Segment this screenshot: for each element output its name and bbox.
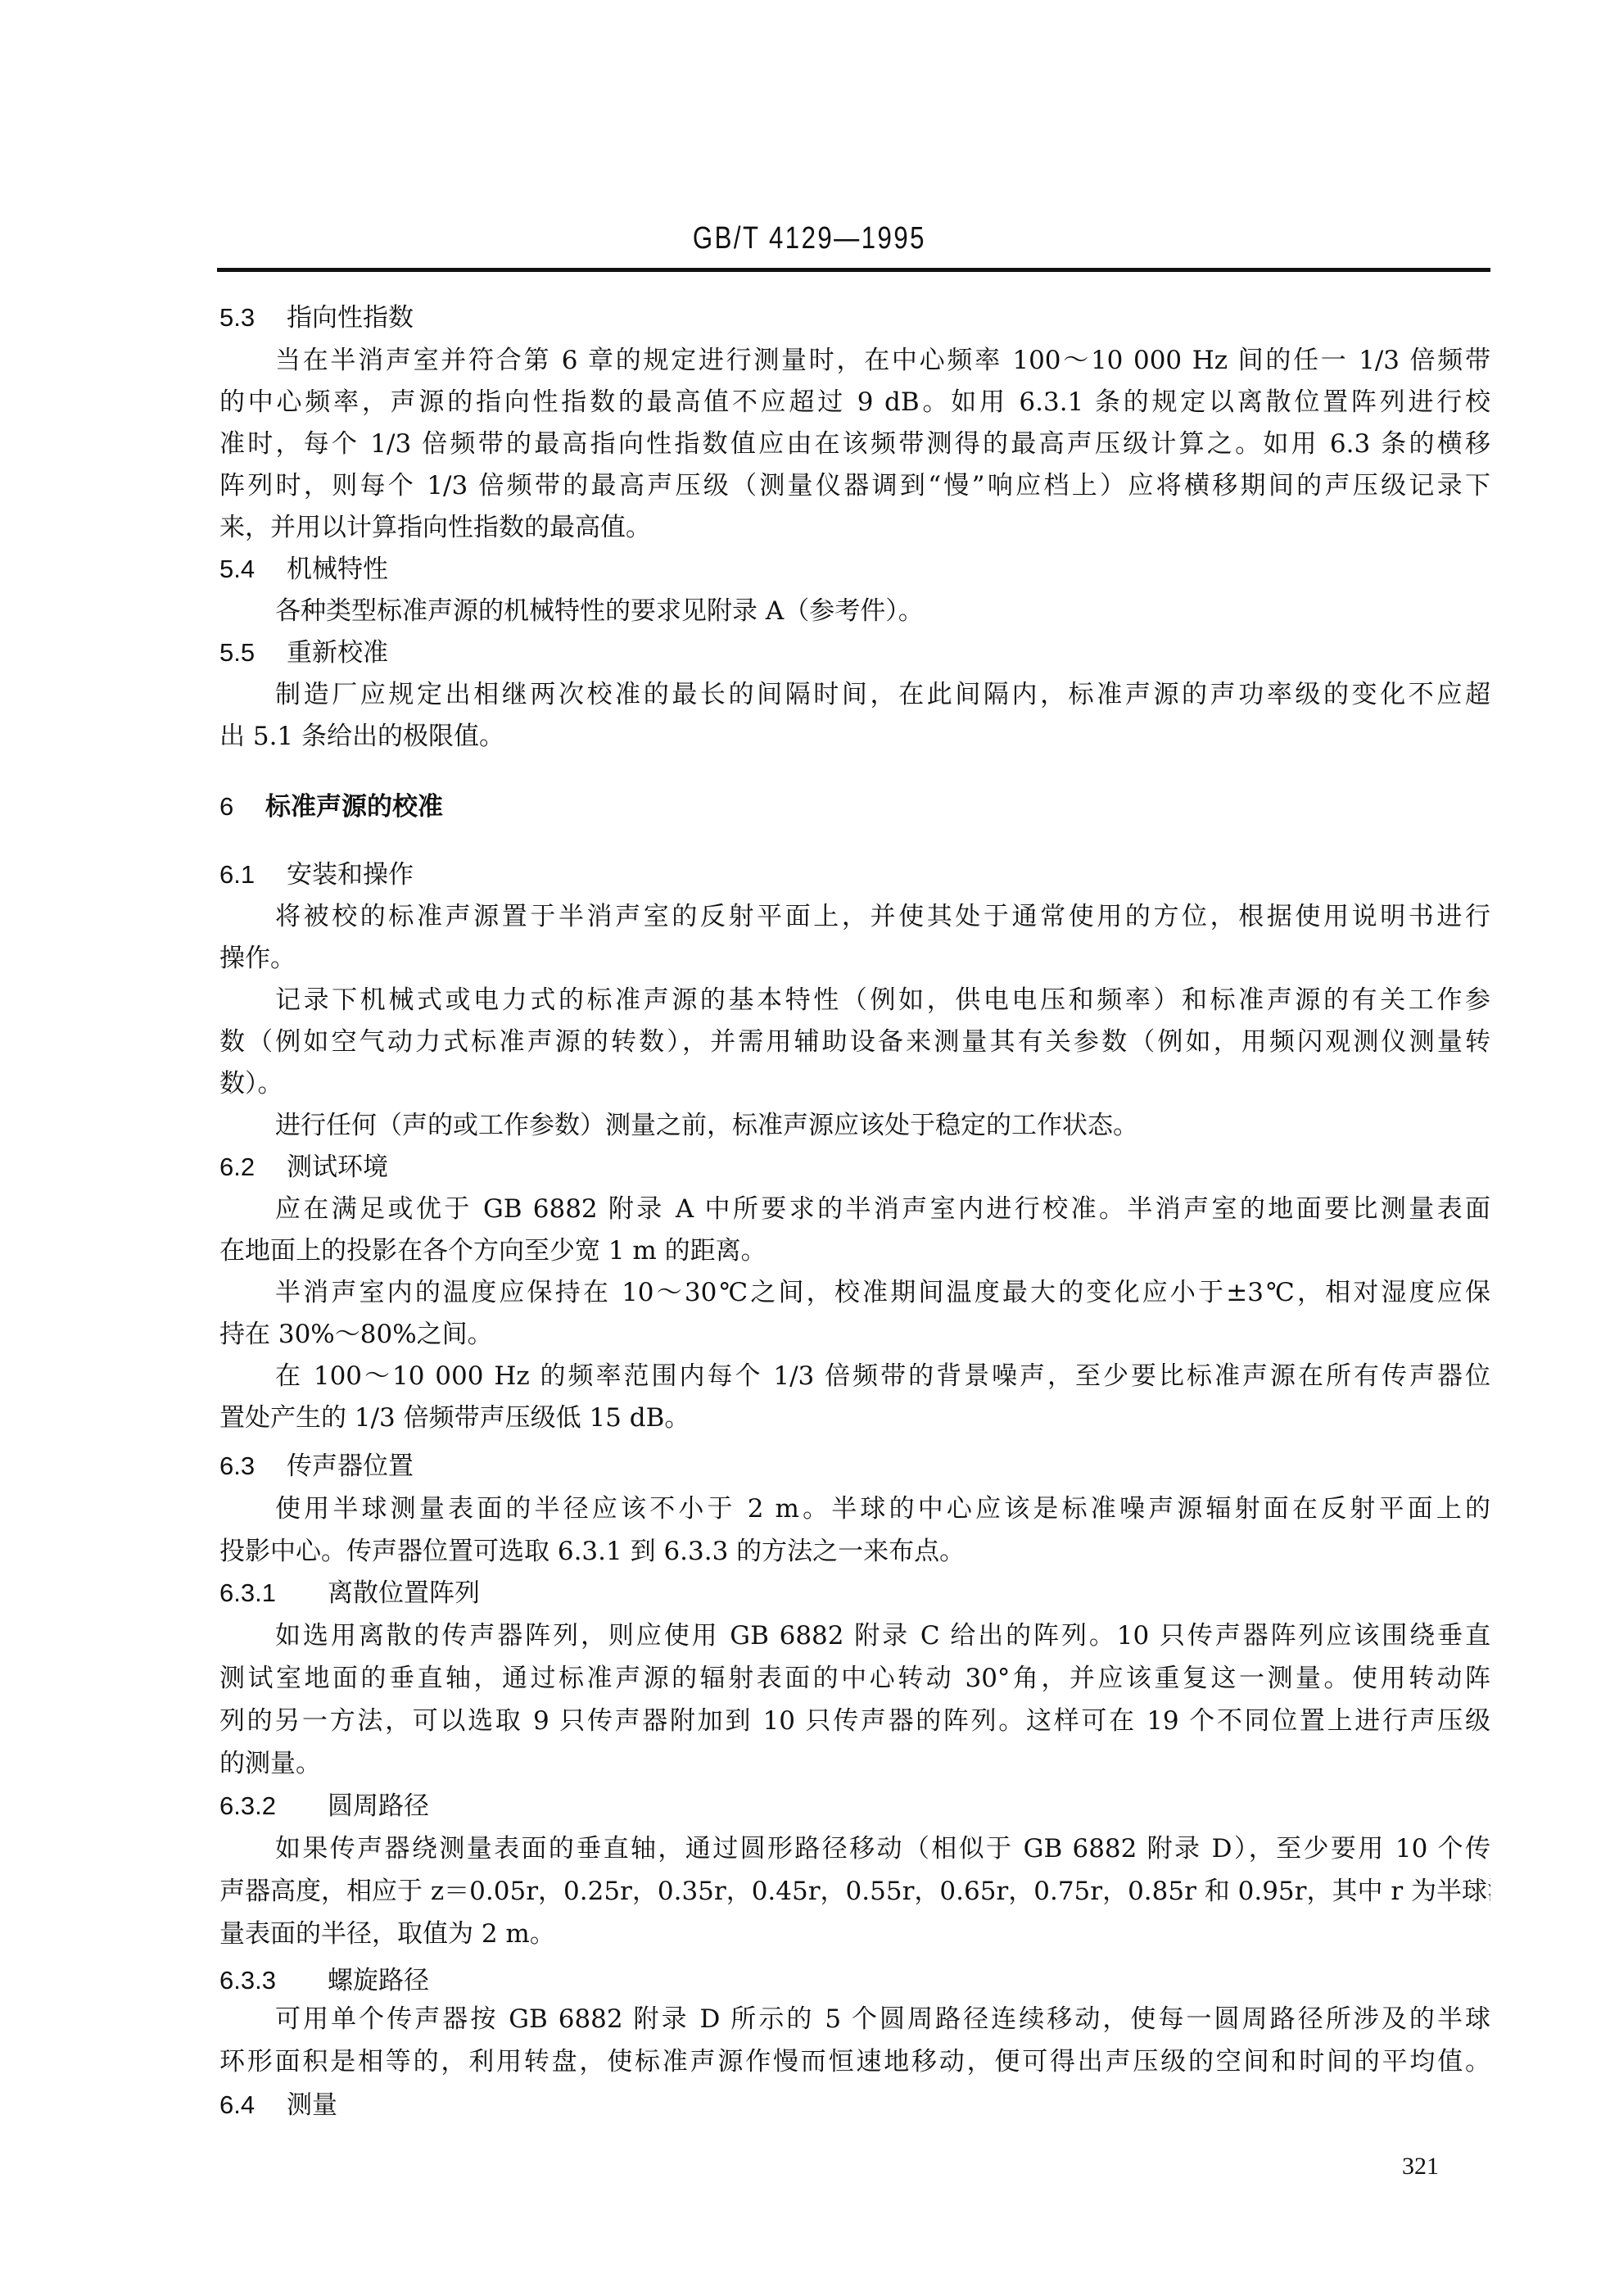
document-page: GB/T 4129—1995 5.3指向性指数 当在半消声室并符合第 6 章的规… — [0, 0, 1619, 2296]
section-heading-6-3: 6.3传声器位置 — [219, 1448, 414, 1484]
paragraph-line: 来，并用以计算指向性指数的最高值。 — [219, 509, 1490, 546]
paragraph-line: 如选用离散的传声器阵列，则应使用 GB 6882 附录 C 给出的阵列。10 只… — [275, 1618, 1490, 1654]
section-title: 安装和操作 — [287, 860, 414, 890]
section-heading-6-4: 6.4测量 — [219, 2087, 337, 2123]
paragraph-line: 进行任何（声的或工作参数）测量之前，标准声源应该处于稳定的工作状态。 — [275, 1107, 1490, 1143]
paragraph-line: 置处产生的 1/3 倍频带声压级低 15 dB。 — [219, 1400, 1490, 1436]
section-number: 5.4 — [219, 551, 269, 587]
paragraph-line: 记录下机械式或电力式的标准声源的基本特性（例如，供电电压和频率）和标准声源的有关… — [275, 982, 1490, 1018]
paragraph-line: 准时，每个 1/3 倍频带的最高指向性指数值应由在该频带测得的最高声压级计算之。… — [219, 426, 1490, 462]
section-title: 测量 — [287, 2090, 337, 2120]
standard-code-header: GB/T 4129—1995 — [146, 221, 1473, 256]
paragraph-line: 各种类型标准声源的机械特性的要求见附录 A（参考件）。 — [275, 593, 1490, 629]
paragraph-line: 半消声室内的温度应保持在 10～30℃之间，校准期间温度最大的变化应小于±3℃，… — [275, 1275, 1490, 1311]
section-number: 6.3.1 — [219, 1575, 310, 1611]
section-number: 6.3 — [219, 1448, 269, 1484]
section-title: 传声器位置 — [287, 1451, 414, 1481]
section-number: 5.3 — [219, 300, 269, 336]
paragraph-line: 阵列时，则每个 1/3 倍频带的最高声压级（测量仪器调到“慢”响应档上）应将横移… — [219, 468, 1490, 504]
paragraph-line: 环形面积是相等的，利用转盘，使标准声源作慢而恒速地移动，便可得出声压级的空间和时… — [219, 2044, 1490, 2080]
paragraph-line: 出 5.1 条给出的极限值。 — [219, 718, 1490, 754]
header-rule — [217, 268, 1490, 272]
section-number: 6.3.3 — [219, 1963, 310, 1999]
section-title: 机械特性 — [287, 555, 388, 584]
paragraph-line: 列的另一方法，可以选取 9 只传声器附加到 10 只传声器的阵列。这样可在 19… — [219, 1703, 1490, 1739]
section-title: 重新校准 — [287, 638, 388, 668]
section-title: 离散位置阵列 — [328, 1578, 480, 1608]
paragraph-line: 将被校的标准声源置于半消声室的反射平面上，并使其处于通常使用的方位，根据使用说明… — [275, 899, 1490, 935]
paragraph-line: 的测量。 — [219, 1746, 1490, 1782]
section-number: 5.5 — [219, 635, 269, 671]
paragraph-line: 数（例如空气动力式标准声源的转数），并需用辅助设备来测量其有关参数（例如，用频闪… — [219, 1024, 1490, 1060]
section-heading-5-4: 5.4机械特性 — [219, 551, 388, 587]
paragraph-line: 量表面的半径，取值为 2 m。 — [219, 1916, 1490, 1952]
paragraph-line: 应在满足或优于 GB 6882 附录 A 中所要求的半消声室内进行校准。半消声室… — [275, 1191, 1490, 1227]
paragraph-line: 测试室地面的垂直轴，通过标准声源的辐射表面的中心转动 30°角，并应该重复这一测… — [219, 1660, 1490, 1696]
section-heading-5-3: 5.3指向性指数 — [219, 300, 414, 336]
paragraph-line: 的中心频率，声源的指向性指数的最高值不应超过 9 dB。如用 6.3.1 条的规… — [219, 384, 1490, 420]
chapter-number: 6 — [219, 789, 244, 825]
page-number: 321 — [1402, 2153, 1439, 2181]
section-number: 6.3.2 — [219, 1788, 310, 1824]
paragraph-line: 如果传声器绕测量表面的垂直轴，通过圆形路径移动（相似于 GB 6882 附录 D… — [275, 1831, 1490, 1867]
paragraph-line: 使用半球测量表面的半径应该不小于 2 m。半球的中心应该是标准噪声源辐射面在反射… — [275, 1491, 1490, 1527]
paragraph-line: 在地面上的投影在各个方向至少宽 1 m 的距离。 — [219, 1233, 1490, 1269]
section-number: 6.4 — [219, 2087, 269, 2123]
paragraph-line: 声器高度，相应于 z＝0.05r，0.25r，0.35r，0.45r，0.55r… — [219, 1873, 1490, 1909]
chapter-title: 标准声源的校准 — [265, 792, 443, 822]
section-title: 螺旋路径 — [328, 1966, 429, 1995]
paragraph-line: 操作。 — [219, 940, 1490, 976]
paragraph-line: 投影中心。传声器位置可选取 6.3.1 到 6.3.3 的方法之一来布点。 — [219, 1533, 1490, 1569]
section-heading-6-3-1: 6.3.1离散位置阵列 — [219, 1575, 480, 1611]
section-heading-6-3-3: 6.3.3螺旋路径 — [219, 1963, 429, 1999]
paragraph-line: 在 100～10 000 Hz 的频率范围内每个 1/3 倍频带的背景噪声，至少… — [275, 1358, 1490, 1394]
section-heading-6-1: 6.1安装和操作 — [219, 857, 414, 893]
chapter-heading-6: 6标准声源的校准 — [219, 789, 443, 825]
section-heading-5-5: 5.5重新校准 — [219, 635, 388, 671]
section-number: 6.2 — [219, 1149, 269, 1185]
section-title: 指向性指数 — [287, 303, 414, 333]
section-title: 圆周路径 — [328, 1791, 429, 1821]
paragraph-line: 可用单个传声器按 GB 6882 附录 D 所示的 5 个圆周路径连续移动，使每… — [275, 2001, 1490, 2037]
section-title: 测试环境 — [287, 1153, 388, 1182]
section-number: 6.1 — [219, 857, 269, 893]
paragraph-line: 持在 30%～80%之间。 — [219, 1316, 1490, 1352]
section-heading-6-2: 6.2测试环境 — [219, 1149, 388, 1185]
section-heading-6-3-2: 6.3.2圆周路径 — [219, 1788, 429, 1824]
paragraph-line: 数）。 — [219, 1066, 1490, 1102]
paragraph-line: 制造厂应规定出相继两次校准的最长的间隔时间，在此间隔内，标准声源的声功率级的变化… — [275, 677, 1490, 713]
paragraph-line: 当在半消声室并符合第 6 章的规定进行测量时，在中心频率 100～10 000 … — [275, 342, 1490, 378]
